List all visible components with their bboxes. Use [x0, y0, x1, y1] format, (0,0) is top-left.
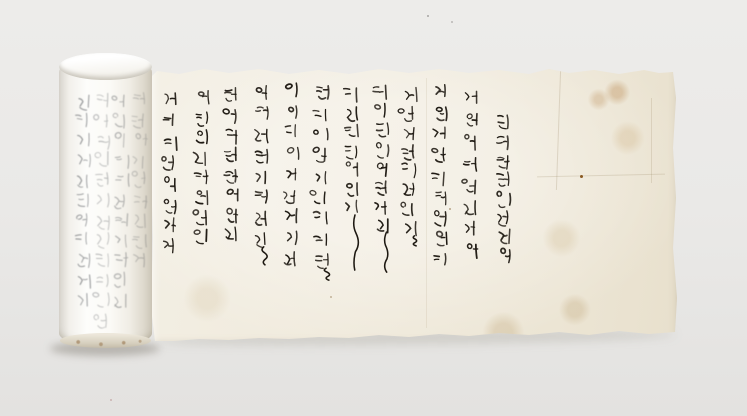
text-column-6 — [336, 82, 370, 292]
dust-speck — [110, 399, 112, 401]
ghost-column-1 — [68, 88, 102, 330]
transcription-text: 시골셔 근쳐든 사행 / 무원 됴향 봄이 온다 / 마흔리언 터 헤산 나스 … — [0, 0, 1, 1]
text-column-3 — [425, 80, 459, 291]
foxing-speck — [449, 208, 451, 210]
text-column-8 — [276, 78, 310, 289]
text-column-5 — [366, 80, 400, 294]
ghost-column-4 — [125, 88, 152, 290]
ghost-column-2 — [87, 88, 121, 347]
photo-of-hangul-scroll: 시골셔 근쳐든 사행 / 무원 됴향 봄이 온다 / 마흔리언 터 헤산 나스 … — [0, 0, 747, 416]
foxing-speck — [580, 175, 583, 178]
text-column-4 — [394, 82, 428, 266]
text-column-11 — [186, 85, 220, 267]
foxing-speck — [330, 296, 332, 298]
scroll-roll — [59, 58, 152, 347]
text-column-2 — [456, 85, 490, 283]
text-column-12 — [154, 88, 188, 278]
scroll-roll-bottom-rim — [60, 333, 151, 348]
paper-crease — [426, 78, 427, 328]
text-column-10 — [216, 82, 250, 264]
ghost-column-3 — [106, 88, 140, 330]
paper-crease — [651, 98, 652, 183]
text-column-9 — [246, 80, 280, 288]
text-column-1 — [489, 110, 523, 284]
paper-crease — [537, 174, 665, 178]
text-column-7 — [306, 80, 340, 303]
scroll-roll-top-cap — [59, 53, 152, 80]
dust-speck — [427, 15, 429, 17]
paper-crease — [556, 70, 561, 190]
manuscript-paper — [149, 58, 678, 344]
dust-speck — [451, 21, 453, 23]
